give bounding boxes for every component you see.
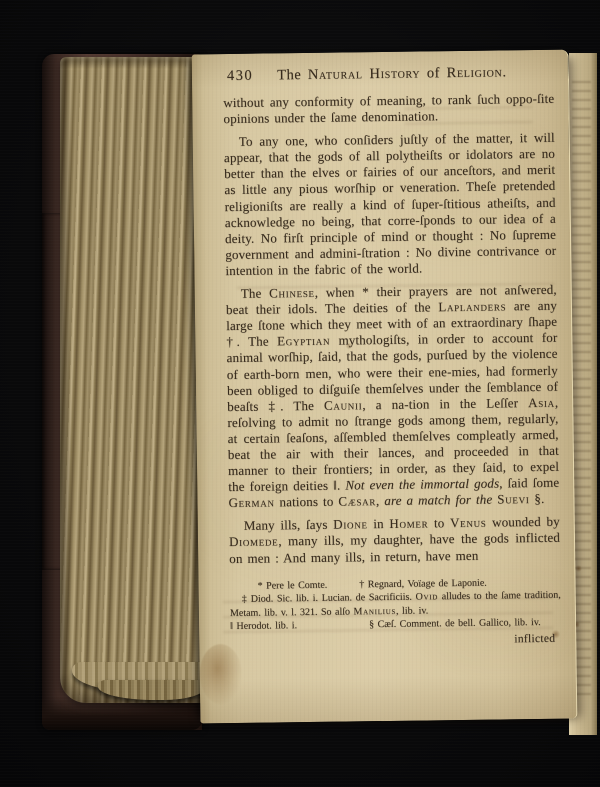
footnote-herodotus: ‖ Herodot. lib. i. <box>230 620 297 632</box>
fore-edge-page-stack <box>60 57 206 703</box>
open-page: 430 The Natural History of Religion. wit… <box>192 50 578 724</box>
body-paragraph: Many ills, ſays Dione in Homer to Venus … <box>229 514 561 567</box>
page-content: 430 The Natural History of Religion. wit… <box>192 50 577 724</box>
photo-background: 430 The Natural History of Religion. wit… <box>0 0 600 787</box>
footnote-regnard: † Regnard, Voïage de Laponie. <box>359 577 487 590</box>
catchword: inflicted <box>230 632 561 648</box>
body-paragraph: To any one, who conſiders juſtly of the … <box>224 130 557 279</box>
running-title: The Natural History of Religion. <box>277 64 507 84</box>
footnote-caesar: § Cæſ. Comment. de bell. Gallico, lib. i… <box>369 617 541 630</box>
foxing-spot <box>575 565 582 572</box>
footnote-pere-le-comte: * Pere le Comte. <box>258 579 328 591</box>
footnote-diodorus: ‡ Diod. Sic. lib. i. Lucian. de Sacrific… <box>230 589 561 620</box>
running-header: 430 The Natural History of Religion. <box>223 64 554 85</box>
page-number: 430 <box>227 68 253 85</box>
body-paragraph: The Chinese, when * their prayers are no… <box>226 282 560 512</box>
body-paragraph: without any conformity of meaning, to ra… <box>223 91 554 128</box>
footnote-block: * Pere le Comte.† Regnard, Voïage de Lap… <box>230 575 562 633</box>
